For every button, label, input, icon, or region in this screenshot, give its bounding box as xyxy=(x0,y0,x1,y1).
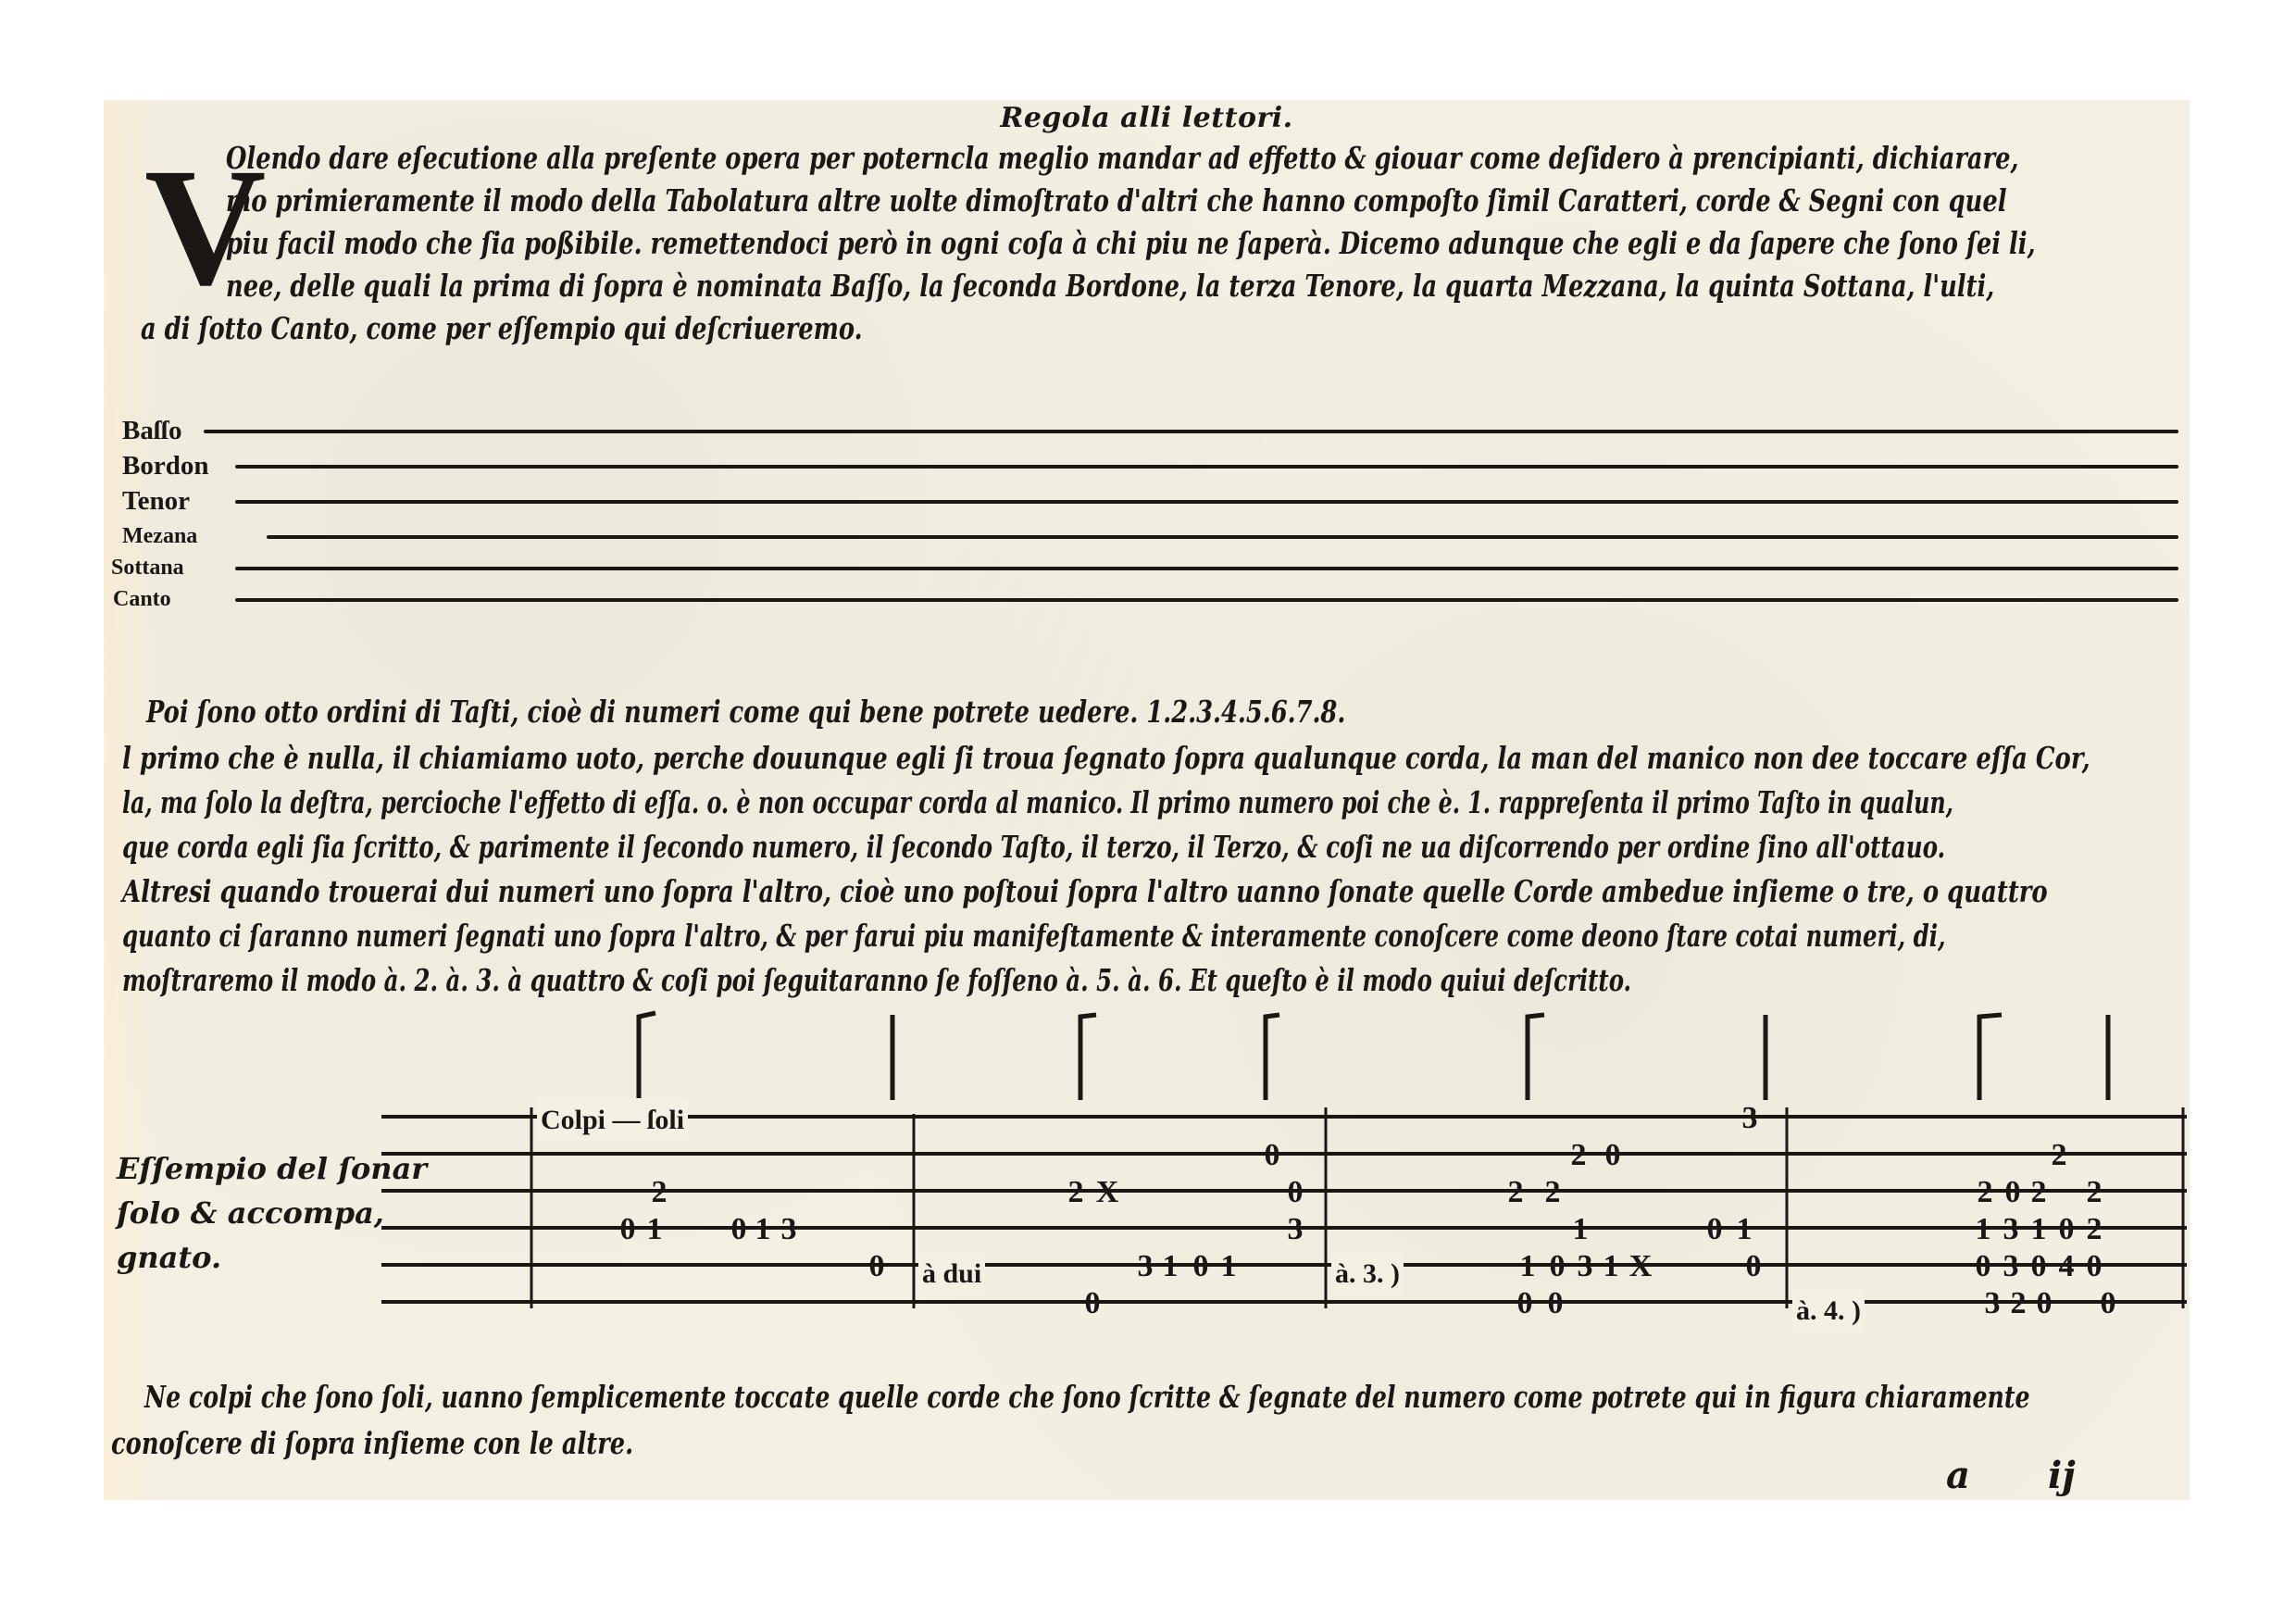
svg-text:0: 0 xyxy=(2087,1249,2103,1283)
string-line xyxy=(267,535,2178,539)
svg-text:3: 3 xyxy=(2003,1249,2019,1283)
book-page: Regola alli lettori. V Olendo dare eſecu… xyxy=(104,100,2190,1500)
signature-mark: ij xyxy=(2048,1454,2076,1497)
svg-text:1: 1 xyxy=(1603,1249,1619,1283)
a-dui-label: à dui xyxy=(918,1252,985,1296)
svg-text:2: 2 xyxy=(2087,1212,2103,1246)
svg-text:0: 0 xyxy=(2059,1212,2075,1246)
string-line xyxy=(235,598,2178,602)
svg-text:0: 0 xyxy=(2005,1175,2021,1209)
svg-text:0: 0 xyxy=(2101,1286,2116,1320)
string-line xyxy=(235,567,2178,570)
string-line xyxy=(235,500,2178,504)
svg-text:1: 1 xyxy=(647,1212,663,1246)
svg-text:1: 1 xyxy=(1163,1249,1179,1283)
svg-text:1: 1 xyxy=(1976,1212,1991,1246)
svg-text:1: 1 xyxy=(1520,1249,1536,1283)
svg-text:2: 2 xyxy=(652,1175,668,1209)
svg-text:0: 0 xyxy=(1085,1286,1101,1320)
closing-line: conoſcere di ſopra inſieme con le altre. xyxy=(111,1424,633,1463)
svg-text:0: 0 xyxy=(1707,1212,1723,1246)
intro-line: a di ſotto Canto, come per eſſempio qui … xyxy=(141,309,863,348)
string-row-sottana: Sottana xyxy=(104,552,2190,587)
svg-text:1: 1 xyxy=(1573,1212,1589,1246)
string-label: Baſſo xyxy=(122,415,181,446)
svg-text:X: X xyxy=(1096,1175,1119,1209)
svg-text:0: 0 xyxy=(1746,1249,1762,1283)
svg-text:3: 3 xyxy=(1578,1249,1593,1283)
svg-text:0: 0 xyxy=(1605,1138,1621,1172)
svg-text:0: 0 xyxy=(1548,1286,1564,1320)
svg-text:3: 3 xyxy=(781,1212,797,1246)
colpi-soli-label: Colpi — ſoli xyxy=(537,1098,688,1143)
svg-text:1: 1 xyxy=(1737,1212,1753,1246)
svg-text:2: 2 xyxy=(2011,1286,2027,1320)
intro-line: nee, delle quali la prima di ſopra è nom… xyxy=(226,267,1994,306)
svg-text:0: 0 xyxy=(1550,1249,1566,1283)
svg-text:0: 0 xyxy=(1193,1249,1209,1283)
string-line xyxy=(204,430,2178,433)
page-title: Regola alli lettori. xyxy=(104,102,2190,134)
body-line: l primo che è nulla, il chiamiamo uoto, … xyxy=(122,739,2090,778)
svg-text:3: 3 xyxy=(1138,1249,1154,1283)
svg-text:0: 0 xyxy=(869,1249,885,1283)
intro-line: mo primieramente il modo della Tabolatur… xyxy=(226,181,2007,220)
svg-text:2: 2 xyxy=(2052,1138,2067,1172)
frets-line: Poi ſono otto ordini di Taſti, cioè di n… xyxy=(146,693,1345,731)
body-line: que corda egli ſia ſcritto, & parimente … xyxy=(122,828,1945,867)
svg-text:1: 1 xyxy=(1221,1249,1237,1283)
string-row-tenor: Tenor xyxy=(104,485,2190,520)
string-row-mezana: Mezana xyxy=(104,520,2190,556)
svg-text:0: 0 xyxy=(620,1212,636,1246)
svg-text:2: 2 xyxy=(1978,1175,1993,1209)
svg-text:0: 0 xyxy=(731,1212,747,1246)
svg-text:2: 2 xyxy=(1545,1175,1561,1209)
string-line xyxy=(235,465,2178,469)
svg-text:2: 2 xyxy=(2087,1175,2103,1209)
svg-text:3: 3 xyxy=(1288,1212,1304,1246)
string-label: Tenor xyxy=(122,485,190,517)
string-label: Sottana xyxy=(111,552,184,583)
closing-line: Ne colpi che ſono ſoli, uanno ſempliceme… xyxy=(144,1378,2030,1417)
body-line: la, ma ſolo la deſtra, percioche l'effet… xyxy=(122,783,1953,822)
body-line: quanto ci ſaranno numeri ſegnati uno ſop… xyxy=(122,917,1945,956)
svg-text:0: 0 xyxy=(1976,1249,1991,1283)
svg-text:0: 0 xyxy=(1517,1286,1533,1320)
svg-text:2: 2 xyxy=(1068,1175,1084,1209)
svg-text:2: 2 xyxy=(2031,1175,2047,1209)
svg-text:1: 1 xyxy=(2031,1212,2047,1246)
svg-text:4: 4 xyxy=(2059,1249,2075,1283)
a-quattro-label: à. 4. ) xyxy=(1792,1289,1865,1333)
svg-text:3: 3 xyxy=(2003,1212,2019,1246)
string-label: Canto xyxy=(113,583,171,615)
a-tre-label: à. 3. ) xyxy=(1331,1252,1404,1296)
svg-text:0: 0 xyxy=(1288,1175,1304,1209)
body-line: Altresi quando trouerai dui numeri uno ſ… xyxy=(122,872,2048,911)
intro-line: Olendo dare eſecutione alla preſente ope… xyxy=(226,139,2018,178)
svg-text:3: 3 xyxy=(1985,1286,2001,1320)
svg-text:X: X xyxy=(1629,1249,1653,1283)
svg-text:2: 2 xyxy=(1571,1138,1587,1172)
signature-mark: a xyxy=(1946,1454,1970,1497)
string-label: Mezana xyxy=(122,520,197,552)
string-row-bordon: Bordon xyxy=(104,450,2190,485)
svg-text:0: 0 xyxy=(1265,1138,1280,1172)
string-row-canto: Canto xyxy=(104,583,2190,619)
string-label: Bordon xyxy=(122,450,208,481)
string-row-basso: Baſſo xyxy=(104,415,2190,450)
intro-line: piu facil modo che ſia poßibile. remette… xyxy=(226,224,2036,263)
svg-text:2: 2 xyxy=(1508,1175,1524,1209)
svg-text:3: 3 xyxy=(1742,1101,1758,1135)
svg-text:0: 0 xyxy=(2037,1286,2053,1320)
svg-text:0: 0 xyxy=(2031,1249,2047,1283)
string-diagram: Baſſo Bordon Tenor Mezana Sottana Canto xyxy=(104,415,2190,628)
svg-text:1: 1 xyxy=(755,1212,771,1246)
